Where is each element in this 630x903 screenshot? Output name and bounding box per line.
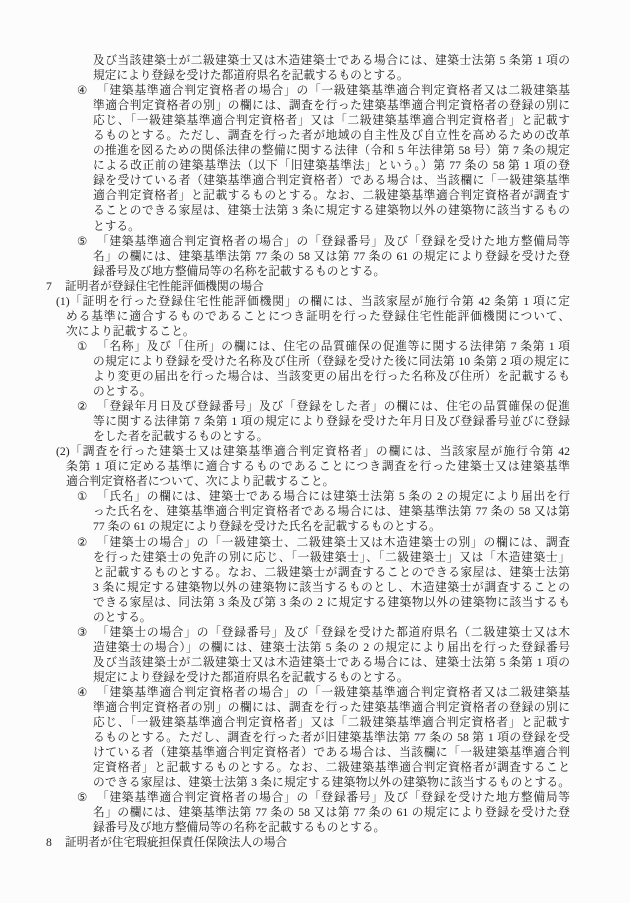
list-marker: 8: [46, 835, 52, 850]
text-line: 証明者が住宅瑕疵担保責任保険法人の場合: [65, 835, 570, 850]
list-marker: ⑤: [77, 790, 87, 805]
text-line: 規定により登録を受けた都道府県名を記載するものとする。: [93, 670, 570, 685]
text-line: 77 条の 61 の規定により登録を受けた氏名を記載するものとする。: [93, 519, 570, 534]
paragraph-②: ②「登録年月日及び登録番号」及び「登録をした者」の欄には、住宅の品質確保の促進等…: [0, 399, 630, 444]
text-line: の推進を図るための関係法律の整備に関する法律（令和 5 年法律第 58 号）第 …: [93, 143, 570, 158]
paragraph-(2): (2)「調査を行った建築士又は建築基準適合判定資格者」の欄には、当該家屋が施行令…: [0, 444, 630, 489]
text-line: った氏名を、建築基準適合判定資格者である場合には、建築基準法第 77 条の 58…: [93, 504, 570, 519]
text-line: のとする。: [93, 610, 570, 625]
text-line: 適合判定資格者について、次により記載すること。: [66, 474, 570, 489]
list-marker: 7: [46, 279, 52, 294]
text-line: による改正前の建築基準法（以下「旧建築基準法」という。）第 77 条の 58 第…: [93, 158, 570, 173]
text-line: 「登録年月日及び登録番号」及び「登録をした者」の欄には、住宅の品質確保の促進: [93, 399, 570, 414]
list-marker: ④: [77, 685, 87, 700]
paragraph-(1): (1)「証明を行った登録住宅性能評価機関」の欄には、当該家屋が施行令第 42 条…: [0, 294, 630, 339]
paragraph-7: 7証明者が登録住宅性能評価機関の場合: [0, 279, 630, 294]
text-line: のできる家屋は、建築士法第 3 条に規定する建築物以外の建築物に該当するものとす…: [93, 775, 570, 790]
list-marker: (1): [56, 294, 70, 309]
text-line: 等に関する法律第 7 条第 1 項の規定により登録を受けた年月日及び登録番号並び…: [93, 414, 570, 429]
text-line: をした者を記載するものとする。: [93, 429, 570, 444]
text-line: 造建築士の場合）」の欄には、建築士法第 5 条の 2 の規定により届出を行った登…: [93, 640, 570, 655]
text-line: 準適合判定資格者の別」の欄には、調査を行った建築基準適合判定資格者の登録の別に: [93, 98, 570, 113]
document-page: 及び当該建築士が二級建築士又は木造建築士である場合には、建築士法第 5 条第 1…: [0, 0, 630, 903]
list-marker: ①: [77, 489, 87, 504]
text-line: 名」の欄には、建築基準法第 77 条の 58 又は第 77 条の 61 の規定に…: [93, 805, 570, 820]
text-line: るものとする。ただし、調査を行った者が地域の自主性及び自立性を高めるための改革: [93, 128, 570, 143]
paragraph-②: ②「建築士の場合」の「一級建築士、二級建築士又は木造建築士の別」の欄には、調査を…: [0, 535, 630, 625]
text-line: 「調査を行った建築士又は建築基準適合判定資格者」の欄には、当該家屋が施行令第 4…: [66, 444, 570, 459]
text-line: 次により記載すること。: [66, 324, 570, 339]
text-line: るものとする。ただし、調査を行った者が旧建築基準法第 77 条の 58 第 1 …: [93, 730, 570, 745]
text-line: 応じ、「一級建築基準適合判定資格者」又は「二級建築基準適合判定資格者」と記載す: [93, 113, 570, 128]
text-line: 準適合判定資格者の別」の欄には、調査を行った建築基準適合判定資格者の登録の別に: [93, 700, 570, 715]
text-line: 「建築基準適合判定資格者の場合」の「登録番号」及び「登録を受けた地方整備局等: [93, 790, 570, 805]
text-line: 録を受けている者（建築基準適合判定資格者）である場合は、当該欄に「一級建築基準: [93, 173, 570, 188]
text-line: 「建築基準適合判定資格者の場合」の「一級建築基準適合判定資格者又は二級建築基: [93, 685, 570, 700]
paragraph-③: ③「建築士の場合」の「登録番号」及び「登録を受けた都道府県名（二級建築士又は木造…: [0, 625, 630, 685]
text-line: を行った建築士の免許の別に応じ、「一級建築士」、「二級建築士」又は「木造建築士」: [93, 550, 570, 565]
paragraph-continuation: 及び当該建築士が二級建築士又は木造建築士である場合には、建築士法第 5 条第 1…: [0, 53, 630, 83]
text-line: 定資格者」と記載するものとする。なお、二級建築基準適合判定資格者が調査すること: [93, 760, 570, 775]
text-line: 適合判定資格者」と記載するものとする。なお、二級建築基準適合判定資格者が調査す: [93, 188, 570, 203]
text-line: 名」の欄には、建築基準法第 77 条の 58 又は第 77 条の 61 の規定に…: [93, 249, 570, 264]
text-line: より変更の届出を行った場合は、当該変更の届出を行った名称及び住所）を記載するも: [93, 369, 570, 384]
text-line: 3 条に規定する建築物以外の建築物に該当するものとし、木造建築士が調査することの: [93, 580, 570, 595]
text-line: 規定により登録を受けた都道府県名を記載するものとする。: [93, 68, 570, 83]
text-line: 「証明を行った登録住宅性能評価機関」の欄には、当該家屋が施行令第 42 条第 1…: [66, 294, 570, 309]
text-line: 「建築士の場合」の「登録番号」及び「登録を受けた都道府県名（二級建築士又は木: [93, 625, 570, 640]
text-line: 条第 1 項に定める基準に適合するものであることにつき調査を行った建築士又は建築…: [66, 459, 570, 474]
text-line: 「建築基準適合判定資格者の場合」の「一級建築基準適合判定資格者又は二級建築基: [93, 83, 570, 98]
text-line: とする。: [93, 219, 570, 234]
text-line: の規定により登録を受けた名称及び住所（登録を受けた後に同法第 10 条第 2 項…: [93, 354, 570, 369]
text-line: める基準に適合するものであることにつき証明を行った登録住宅性能評価機関について、: [66, 309, 570, 324]
text-line: 「氏名」の欄には、建築士である場合には建築士法第 5 条の 2 の規定により届出…: [93, 489, 570, 504]
list-marker: ②: [77, 535, 87, 550]
paragraph-①: ①「氏名」の欄には、建築士である場合には建築士法第 5 条の 2 の規定により届…: [0, 489, 630, 534]
text-line: ることのできる家屋は、建築士法第 3 条に規定する建築物以外の建築物に該当するも…: [93, 203, 570, 218]
list-marker: ①: [77, 339, 87, 354]
text-line: 応じ、「一級建築基準適合判定資格者」又は「二級建築基準適合判定資格者」と記載す: [93, 715, 570, 730]
text-line: のとする。: [93, 384, 570, 399]
text-line: できる家屋は、同法第 3 条及び第 3 条の 2 に規定する建築物以外の建築物に…: [93, 595, 570, 610]
text-line: 録番号及び地方整備局等の名称を記載するものとする。: [93, 820, 570, 835]
paragraph-⑤: ⑤「建築基準適合判定資格者の場合」の「登録番号」及び「登録を受けた地方整備局等名…: [0, 790, 630, 835]
text-line: 「建築基準適合判定資格者の場合」の「登録番号」及び「登録を受けた地方整備局等: [93, 234, 570, 249]
text-line: 及び当該建築士が二級建築士又は木造建築士である場合には、建築士法第 5 条第 1…: [93, 655, 570, 670]
text-line: と記載するものとする。なお、二級建築士が調査することのできる家屋は、建築士法第: [93, 565, 570, 580]
paragraph-①: ①「名称」及び「住所」の欄には、住宅の品質確保の促進等に関する法律第 7 条第 …: [0, 339, 630, 399]
text-line: 録番号及び地方整備局等の名称を記載するものとする。: [93, 264, 570, 279]
paragraph-⑤: ⑤「建築基準適合判定資格者の場合」の「登録番号」及び「登録を受けた地方整備局等名…: [0, 234, 630, 279]
list-marker: ⑤: [77, 234, 87, 249]
text-line: 「建築士の場合」の「一級建築士、二級建築士又は木造建築士の別」の欄には、調査: [93, 535, 570, 550]
text-line: 証明者が登録住宅性能評価機関の場合: [65, 279, 570, 294]
list-marker: (2): [56, 444, 70, 459]
text-line: けている者（建築基準適合判定資格者）である場合は、当該欄に「一級建築基準適合判: [93, 745, 570, 760]
paragraph-④: ④「建築基準適合判定資格者の場合」の「一級建築基準適合判定資格者又は二級建築基準…: [0, 83, 630, 233]
paragraph-8: 8証明者が住宅瑕疵担保責任保険法人の場合: [0, 835, 630, 850]
list-marker: ②: [77, 399, 87, 414]
text-line: 「名称」及び「住所」の欄には、住宅の品質確保の促進等に関する法律第 7 条第 1…: [93, 339, 570, 354]
text-line: 及び当該建築士が二級建築士又は木造建築士である場合には、建築士法第 5 条第 1…: [93, 53, 570, 68]
paragraph-④: ④「建築基準適合判定資格者の場合」の「一級建築基準適合判定資格者又は二級建築基準…: [0, 685, 630, 790]
list-marker: ③: [77, 625, 87, 640]
list-marker: ④: [77, 83, 87, 98]
